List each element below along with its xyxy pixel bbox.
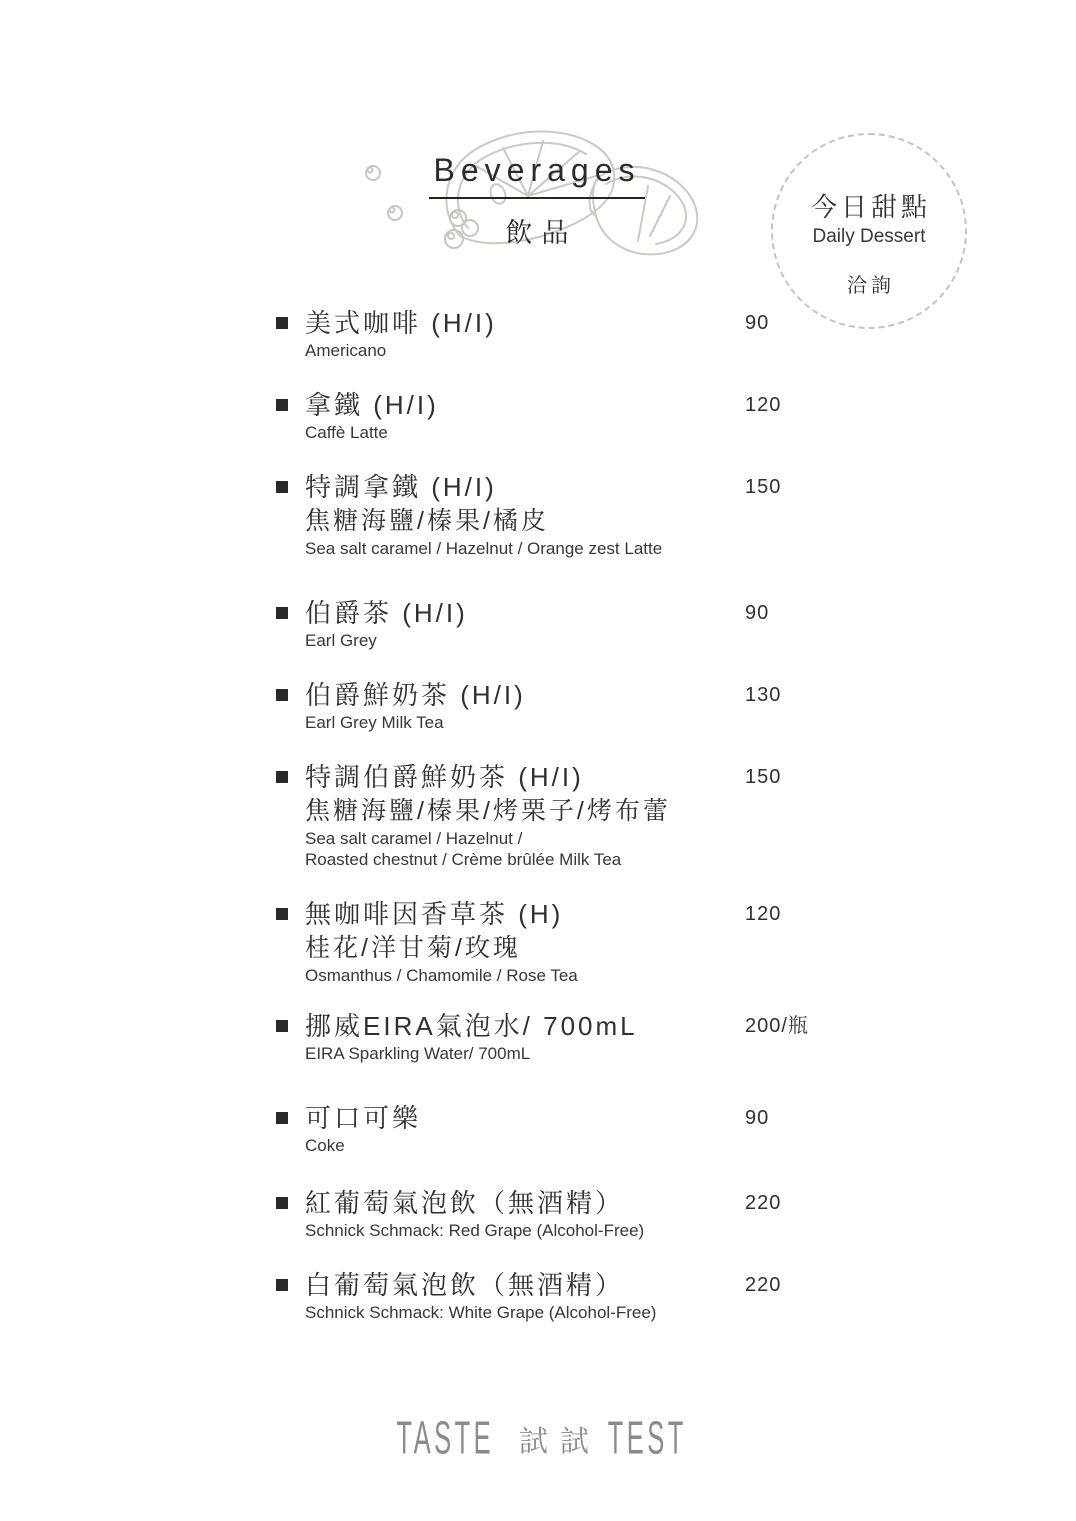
bullet-square-icon — [276, 1112, 288, 1124]
beverage-menu-list: 美式咖啡 (H/I) Americano 90 拿鐵 (H/I) Caffè L… — [276, 306, 876, 1350]
item-name-zh: 特調拿鐵 (H/I) — [305, 470, 876, 504]
page-subtitle-zh: 飲品 — [402, 211, 672, 250]
dessert-title-zh: 今日甜點 — [807, 191, 931, 223]
item-name-en: Sea salt caramel / Hazelnut / — [305, 829, 876, 849]
bullet-square-icon — [276, 1197, 288, 1209]
item-name-en: Sea salt caramel / Hazelnut / Orange zes… — [305, 539, 876, 559]
item-name-en: Earl Grey Milk Tea — [305, 713, 876, 733]
bullet-square-icon — [276, 908, 288, 920]
menu-item-earl-grey: 伯爵茶 (H/I) Earl Grey 90 — [276, 596, 876, 651]
item-name-zh: 伯爵鮮奶茶 (H/I) — [305, 678, 876, 712]
item-name-en: EIRA Sparkling Water/ 700mL — [305, 1044, 876, 1064]
dessert-note-zh: 洽詢 — [843, 269, 895, 298]
item-name-en: Osmanthus / Chamomile / Rose Tea — [305, 966, 876, 986]
menu-item-specialty-earl-grey-milk-tea: 特調伯爵鮮奶茶 (H/I) 焦糖海鹽/榛果/烤栗子/烤布蕾 Sea salt c… — [276, 760, 876, 870]
item-price: 120 — [745, 897, 781, 931]
item-desc-zh: 焦糖海鹽/榛果/烤栗子/烤布蕾 — [305, 794, 876, 828]
menu-item-americano: 美式咖啡 (H/I) Americano 90 — [276, 306, 876, 361]
item-price: 120 — [745, 388, 781, 422]
item-name-en: Schnick Schmack: Red Grape (Alcohol-Free… — [305, 1221, 876, 1241]
item-name-en: Earl Grey — [305, 631, 876, 651]
brand-logo: TASTE 試試 TEST — [0, 1414, 1076, 1464]
bullet-square-icon — [276, 481, 288, 493]
menu-header: Beverages 飲品 — [402, 150, 672, 250]
item-price: 130 — [745, 678, 781, 712]
brand-zh-text: 試試 — [507, 1419, 601, 1460]
menu-item-white-grape-sparkling: 白葡萄氣泡飲（無酒精） Schnick Schmack: White Grape… — [276, 1268, 876, 1323]
menu-item-caffeine-free-herbal-tea: 無咖啡因香草茶 (H) 桂花/洋甘菊/玫瑰 Osmanthus / Chamom… — [276, 897, 876, 986]
bullet-square-icon — [276, 607, 288, 619]
bullet-square-icon — [276, 689, 288, 701]
daily-dessert-badge: 今日甜點 Daily Dessert 洽詢 — [771, 133, 967, 329]
item-price: 200/瓶 — [745, 1009, 809, 1043]
bullet-square-icon — [276, 399, 288, 411]
menu-item-caffe-latte: 拿鐵 (H/I) Caffè Latte 120 — [276, 388, 876, 443]
item-price: 220 — [745, 1268, 781, 1302]
item-price: 150 — [745, 760, 781, 794]
menu-item-eira-sparkling-water: 挪威EIRA氣泡水/ 700mL EIRA Sparkling Water/ 7… — [276, 1009, 876, 1064]
item-name-zh: 特調伯爵鮮奶茶 (H/I) — [305, 760, 876, 794]
item-price: 90 — [745, 596, 769, 630]
brand-test-text: TEST — [608, 1413, 687, 1466]
menu-item-specialty-latte: 特調拿鐵 (H/I) 焦糖海鹽/榛果/橘皮 Sea salt caramel /… — [276, 470, 876, 559]
page-title: Beverages — [402, 150, 672, 190]
brand-taste-text: TASTE — [396, 1413, 494, 1466]
item-name-en: Coke — [305, 1136, 876, 1156]
item-name-zh: 白葡萄氣泡飲（無酒精） — [305, 1268, 876, 1302]
item-price: 220 — [745, 1186, 781, 1220]
item-price: 90 — [745, 1101, 769, 1135]
item-name-zh: 美式咖啡 (H/I) — [305, 306, 876, 340]
bullet-square-icon — [276, 771, 288, 783]
item-name-en-line2: Roasted chestnut / Crème brûlée Milk Tea — [305, 850, 876, 870]
item-name-en: Schnick Schmack: White Grape (Alcohol-Fr… — [305, 1303, 876, 1323]
title-underline — [429, 197, 645, 199]
item-name-zh: 可口可樂 — [305, 1101, 876, 1135]
menu-item-red-grape-sparkling: 紅葡萄氣泡飲（無酒精） Schnick Schmack: Red Grape (… — [276, 1186, 876, 1241]
item-desc-zh: 焦糖海鹽/榛果/橘皮 — [305, 504, 876, 538]
bullet-square-icon — [276, 1020, 288, 1032]
item-price: 150 — [745, 470, 781, 504]
item-name-zh: 無咖啡因香草茶 (H) — [305, 897, 876, 931]
bullet-square-icon — [276, 317, 288, 329]
bullet-square-icon — [276, 1279, 288, 1291]
dessert-title-en: Daily Dessert — [813, 225, 926, 249]
item-name-zh: 紅葡萄氣泡飲（無酒精） — [305, 1186, 876, 1220]
menu-item-earl-grey-milk-tea: 伯爵鮮奶茶 (H/I) Earl Grey Milk Tea 130 — [276, 678, 876, 733]
item-name-zh: 拿鐵 (H/I) — [305, 388, 876, 422]
item-name-zh: 伯爵茶 (H/I) — [305, 596, 876, 630]
menu-item-coke: 可口可樂 Coke 90 — [276, 1101, 876, 1156]
item-name-en: Americano — [305, 341, 876, 361]
item-price: 90 — [745, 306, 769, 340]
item-desc-zh: 桂花/洋甘菊/玫瑰 — [305, 931, 876, 965]
item-name-en: Caffè Latte — [305, 423, 876, 443]
